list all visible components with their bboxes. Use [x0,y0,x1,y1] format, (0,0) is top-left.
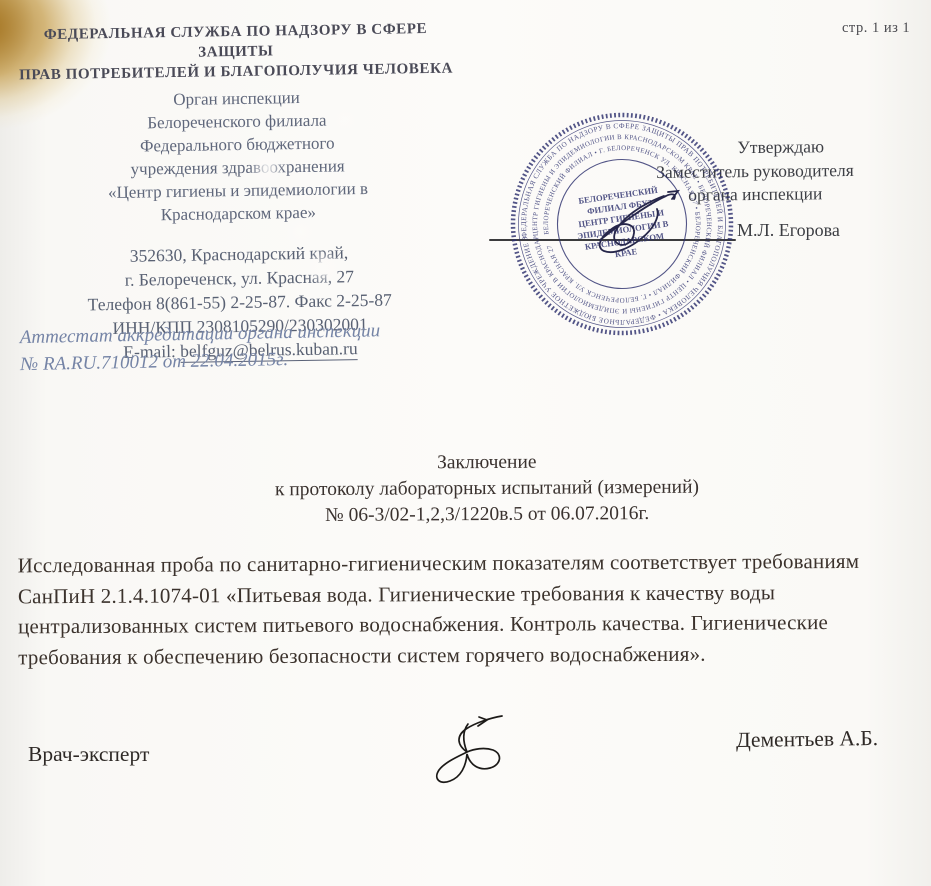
org-name-line-1: ФЕДЕРАЛЬНАЯ СЛУЖБА ПО НАДЗОРУ В СФЕРЕ ЗА… [9,18,462,65]
page-number: стр. 1 из 1 [842,20,910,37]
stamp-graphic: ФЕДЕРАЛЬНАЯ СЛУЖБА ПО НАДЗОРУ В СФЕРЕ ЗА… [506,108,738,340]
expert-role-label: Врач-эксперт [28,742,149,767]
conclusion-paragraph: Исследованная проба по санитарно-гигиени… [18,546,903,673]
inspection-body-block: Орган инспекции Белореченского филиала Ф… [10,83,464,228]
document-title: Заключение к протоколу лабораторных испы… [40,447,931,530]
accreditation-note: Аттестат аккредитации органа инспекции №… [20,316,451,378]
expert-name: Дементьев А.Б. [736,726,878,753]
stamp-center-line: КРАЕ [614,246,638,259]
expert-signature-scrawl [437,716,502,782]
title-line-3: № 06-3/02-1,2,3/1220в.5 от 06.07.2016г. [40,499,931,530]
letterhead: ФЕДЕРАЛЬНАЯ СЛУЖБА ПО НАДЗОРУ В СФЕРЕ ЗА… [9,18,466,365]
approver-name: М.Л. Егорова [737,220,840,241]
scanned-document-page: стр. 1 из 1 ФЕДЕРАЛЬНАЯ СЛУЖБА ПО НАДЗОР… [0,0,931,886]
official-round-stamp: ФЕДЕРАЛЬНАЯ СЛУЖБА ПО НАДЗОРУ В СФЕРЕ ЗА… [506,108,738,340]
